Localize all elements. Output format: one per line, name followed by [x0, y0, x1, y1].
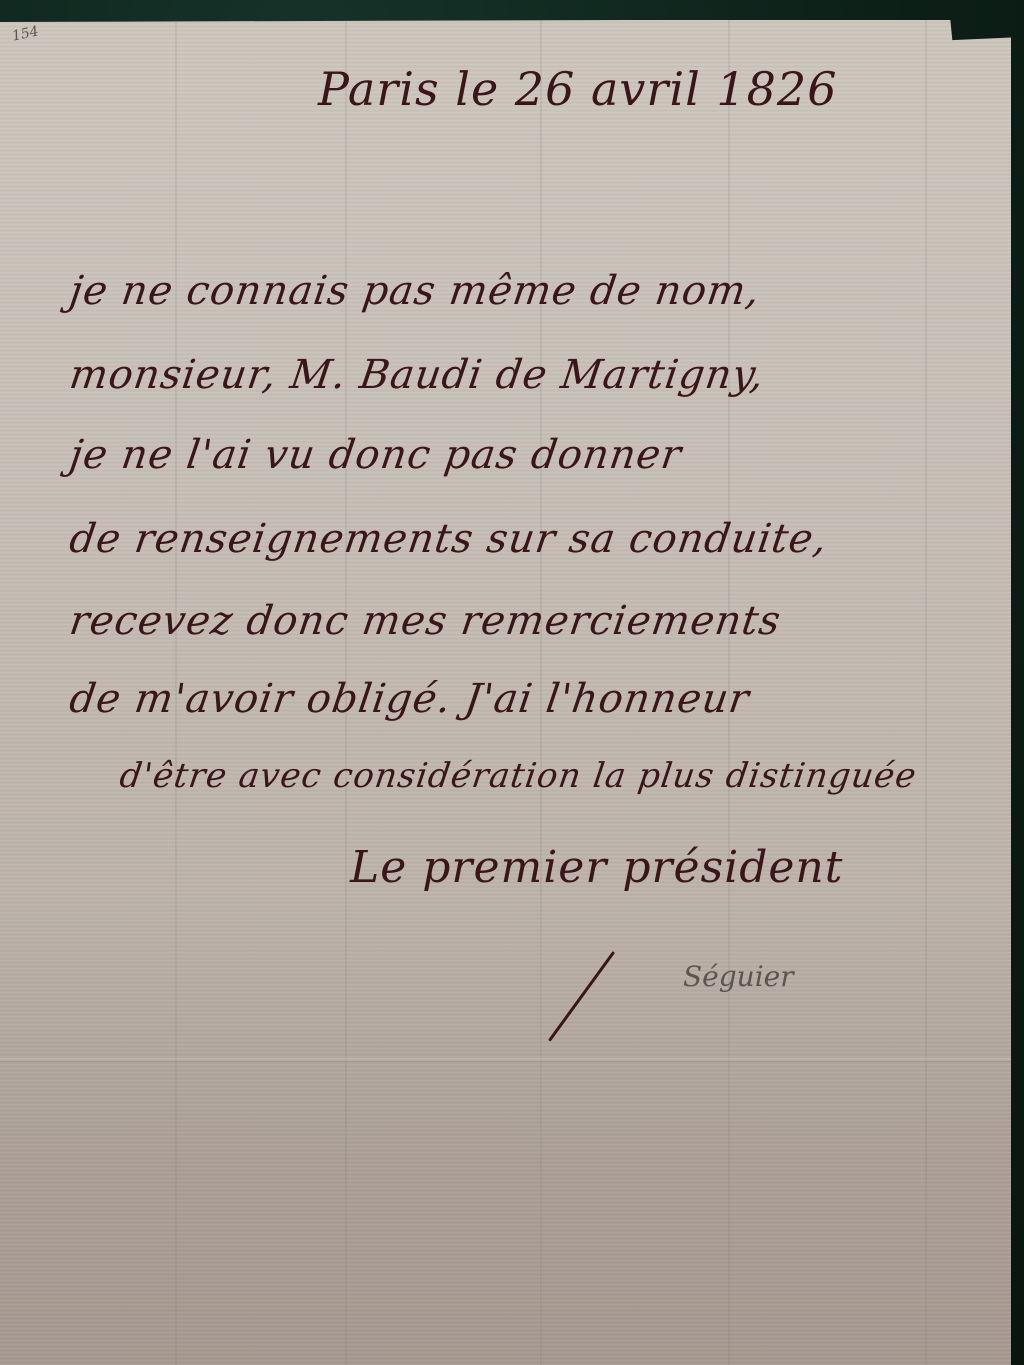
- letter-line: de m'avoir obligé. J'ai l'honneur: [67, 676, 753, 722]
- letter-line: monsieur, M. Baudi de Martigny,: [67, 352, 768, 398]
- paper-chain-line: [925, 20, 927, 1365]
- letter-line: d'être avec considération la plus distin…: [117, 756, 919, 796]
- letter-line: je ne connais pas même de nom,: [67, 268, 763, 314]
- paper-fold-crease: [0, 1058, 1011, 1062]
- dateline: Paris le 26 avril 1826: [318, 62, 837, 116]
- closing-signature: Le premier président: [350, 842, 843, 893]
- letter-line: recevez donc mes remerciements: [67, 598, 784, 644]
- pencil-attribution: Séguier: [683, 960, 794, 993]
- letter-line: je ne l'ai vu donc pas donner: [67, 432, 685, 478]
- letter-line: de renseignements sur sa conduite,: [67, 516, 831, 562]
